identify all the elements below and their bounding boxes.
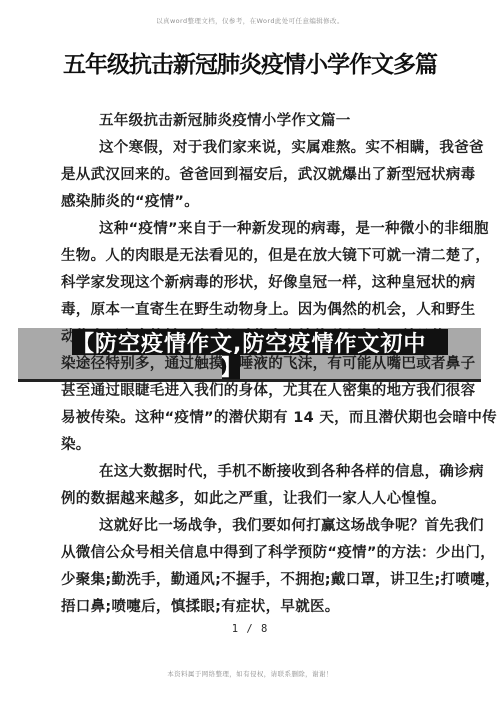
body-line: 染。: [61, 432, 441, 459]
document-body: 五年级抗击新冠肺炎疫情小学作文篇一 这个寒假，对于我们家来说，实属难熬。实不相瞒…: [61, 108, 441, 621]
body-line: 这个寒假，对于我们家来说，实属难熬。实不相瞒，我爸爸: [61, 135, 441, 162]
body-line: 染途径特别多，通过触摸和唾液的飞沫，有可能从嘴巴或者鼻子: [61, 351, 441, 378]
page-title: 五年级抗击新冠肺炎疫情小学作文多篇: [0, 46, 500, 79]
body-line: 捂口鼻;喷嚏后，慎揉眼;有症状，早就医。: [61, 594, 441, 621]
body-line: 甚至通过眼睫毛进入我们的身体，尤其在人密集的地方我们很容: [61, 378, 441, 405]
body-line: 在这大数据时代，手机不断接收到各种各样的信息，确诊病: [61, 459, 441, 486]
body-line: 易被传染。这种“疫情”的潜伏期有 14 天，而且潜伏期也会暗中传: [61, 405, 441, 432]
body-line: 感染肺炎的“疫情”。: [61, 189, 441, 216]
body-lines: 这个寒假，对于我们家来说，实属难熬。实不相瞒，我爸爸是从武汉回来的。爸爸回到福安…: [61, 135, 441, 621]
header-note: 以真word整理文档，仅参考，在Word此处可任意编辑修改。: [0, 16, 500, 25]
page-number: 1 / 8: [0, 623, 500, 635]
body-line: 毒，原本一直寄生在野生动物身上。因为偶然的机会，人和野生: [61, 297, 441, 324]
section-heading: 五年级抗击新冠肺炎疫情小学作文篇一: [61, 108, 441, 135]
body-line: 这种“疫情”来自于一种新发现的病毒，是一种微小的非细胞: [61, 216, 441, 243]
body-line: 从微信公众号相关信息中得到了科学预防“疫情”的方法：少出门，: [61, 540, 441, 567]
body-line: 是从武汉回来的。爸爸回到福安后，武汉就爆出了新型冠状病毒: [61, 162, 441, 189]
body-line: 例的数据越来越多，如此之严重，让我们一家人人心惶惶。: [61, 486, 441, 513]
watermark-title-line2: 】: [222, 354, 240, 379]
body-line: 少聚集;勤洗手，勤通风;不握手，不拥抱;戴口罩，讲卫生;打喷嚏，: [61, 567, 441, 594]
footer-note: 本资料属于网络整理，如有侵权，请联系删除，谢谢！: [0, 669, 500, 678]
body-line: 科学家发现这个新病毒的形状，好像皇冠一样，这种皇冠状的病: [61, 270, 441, 297]
watermark-title-line1: 【防空疫情作文,防空疫情作文初中: [72, 329, 448, 355]
body-line: 这就好比一场战争，我们要如何打赢这场战争呢？首先我们: [61, 513, 441, 540]
body-line: 生物。人的肉眼是无法看见的，但是在放大镜下可就一清二楚了，: [61, 243, 441, 270]
